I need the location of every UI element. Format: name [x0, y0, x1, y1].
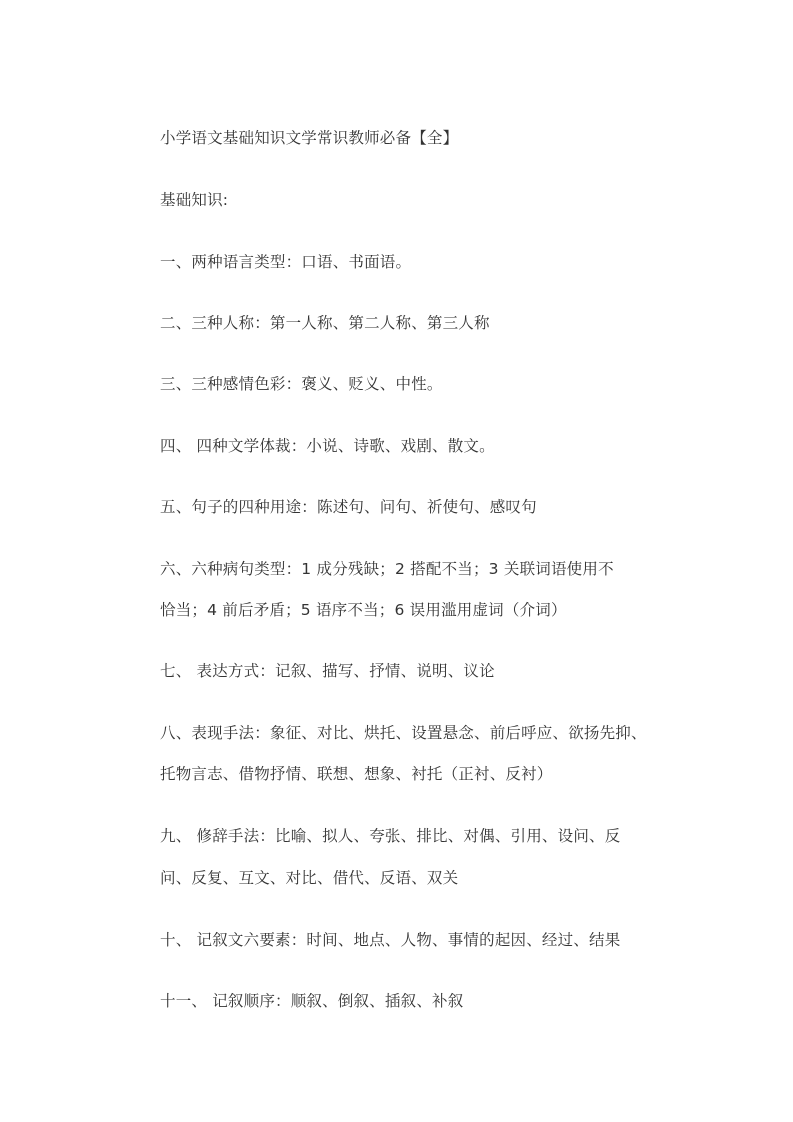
- list-item-4: 四、 四种文学体裁：小说、诗歌、戏剧、散文。: [160, 436, 495, 456]
- list-item-1: 一、两种语言类型：口语、书面语。: [160, 252, 411, 272]
- list-item-7: 七、 表达方式：记叙、描写、抒情、说明、议论: [160, 661, 495, 681]
- list-item-3: 三、三种感情色彩：褒义、贬义、中性。: [160, 374, 443, 394]
- list-item-6-line-2: 恰当；4 前后矛盾；5 语序不当；6 误用滥用虚词（介词）: [160, 600, 567, 620]
- list-item-2: 二、三种人称：第一人称、第二人称、第三人称: [160, 313, 490, 333]
- list-item-10: 十、 记叙文六要素：时间、地点、人物、事情的起因、经过、结果: [160, 930, 620, 950]
- list-item-8-line-1: 八、表现手法：象征、对比、烘托、设置悬念、前后呼应、欲扬先抑、: [160, 723, 647, 743]
- list-item-5: 五、句子的四种用途：陈述句、问句、祈使句、感叹句: [160, 497, 537, 517]
- list-item-8-line-2: 托物言志、借物抒情、联想、想象、衬托（正衬、反衬）: [160, 764, 553, 784]
- list-item-9-line-1: 九、 修辞手法：比喻、拟人、夸张、排比、对偶、引用、设问、反: [160, 826, 620, 846]
- list-item-11: 十一、 记叙顺序：顺叙、倒叙、插叙、补叙: [160, 991, 463, 1011]
- list-item-9-line-2: 问、反复、互文、对比、借代、反语、双关: [160, 868, 458, 888]
- list-item-6-line-1: 六、六种病句类型：1 成分残缺；2 搭配不当；3 关联词语使用不: [160, 559, 614, 579]
- section-heading: 基础知识:: [160, 190, 228, 210]
- document-title: 小学语文基础知识文学常识教师必备【全】: [160, 128, 458, 148]
